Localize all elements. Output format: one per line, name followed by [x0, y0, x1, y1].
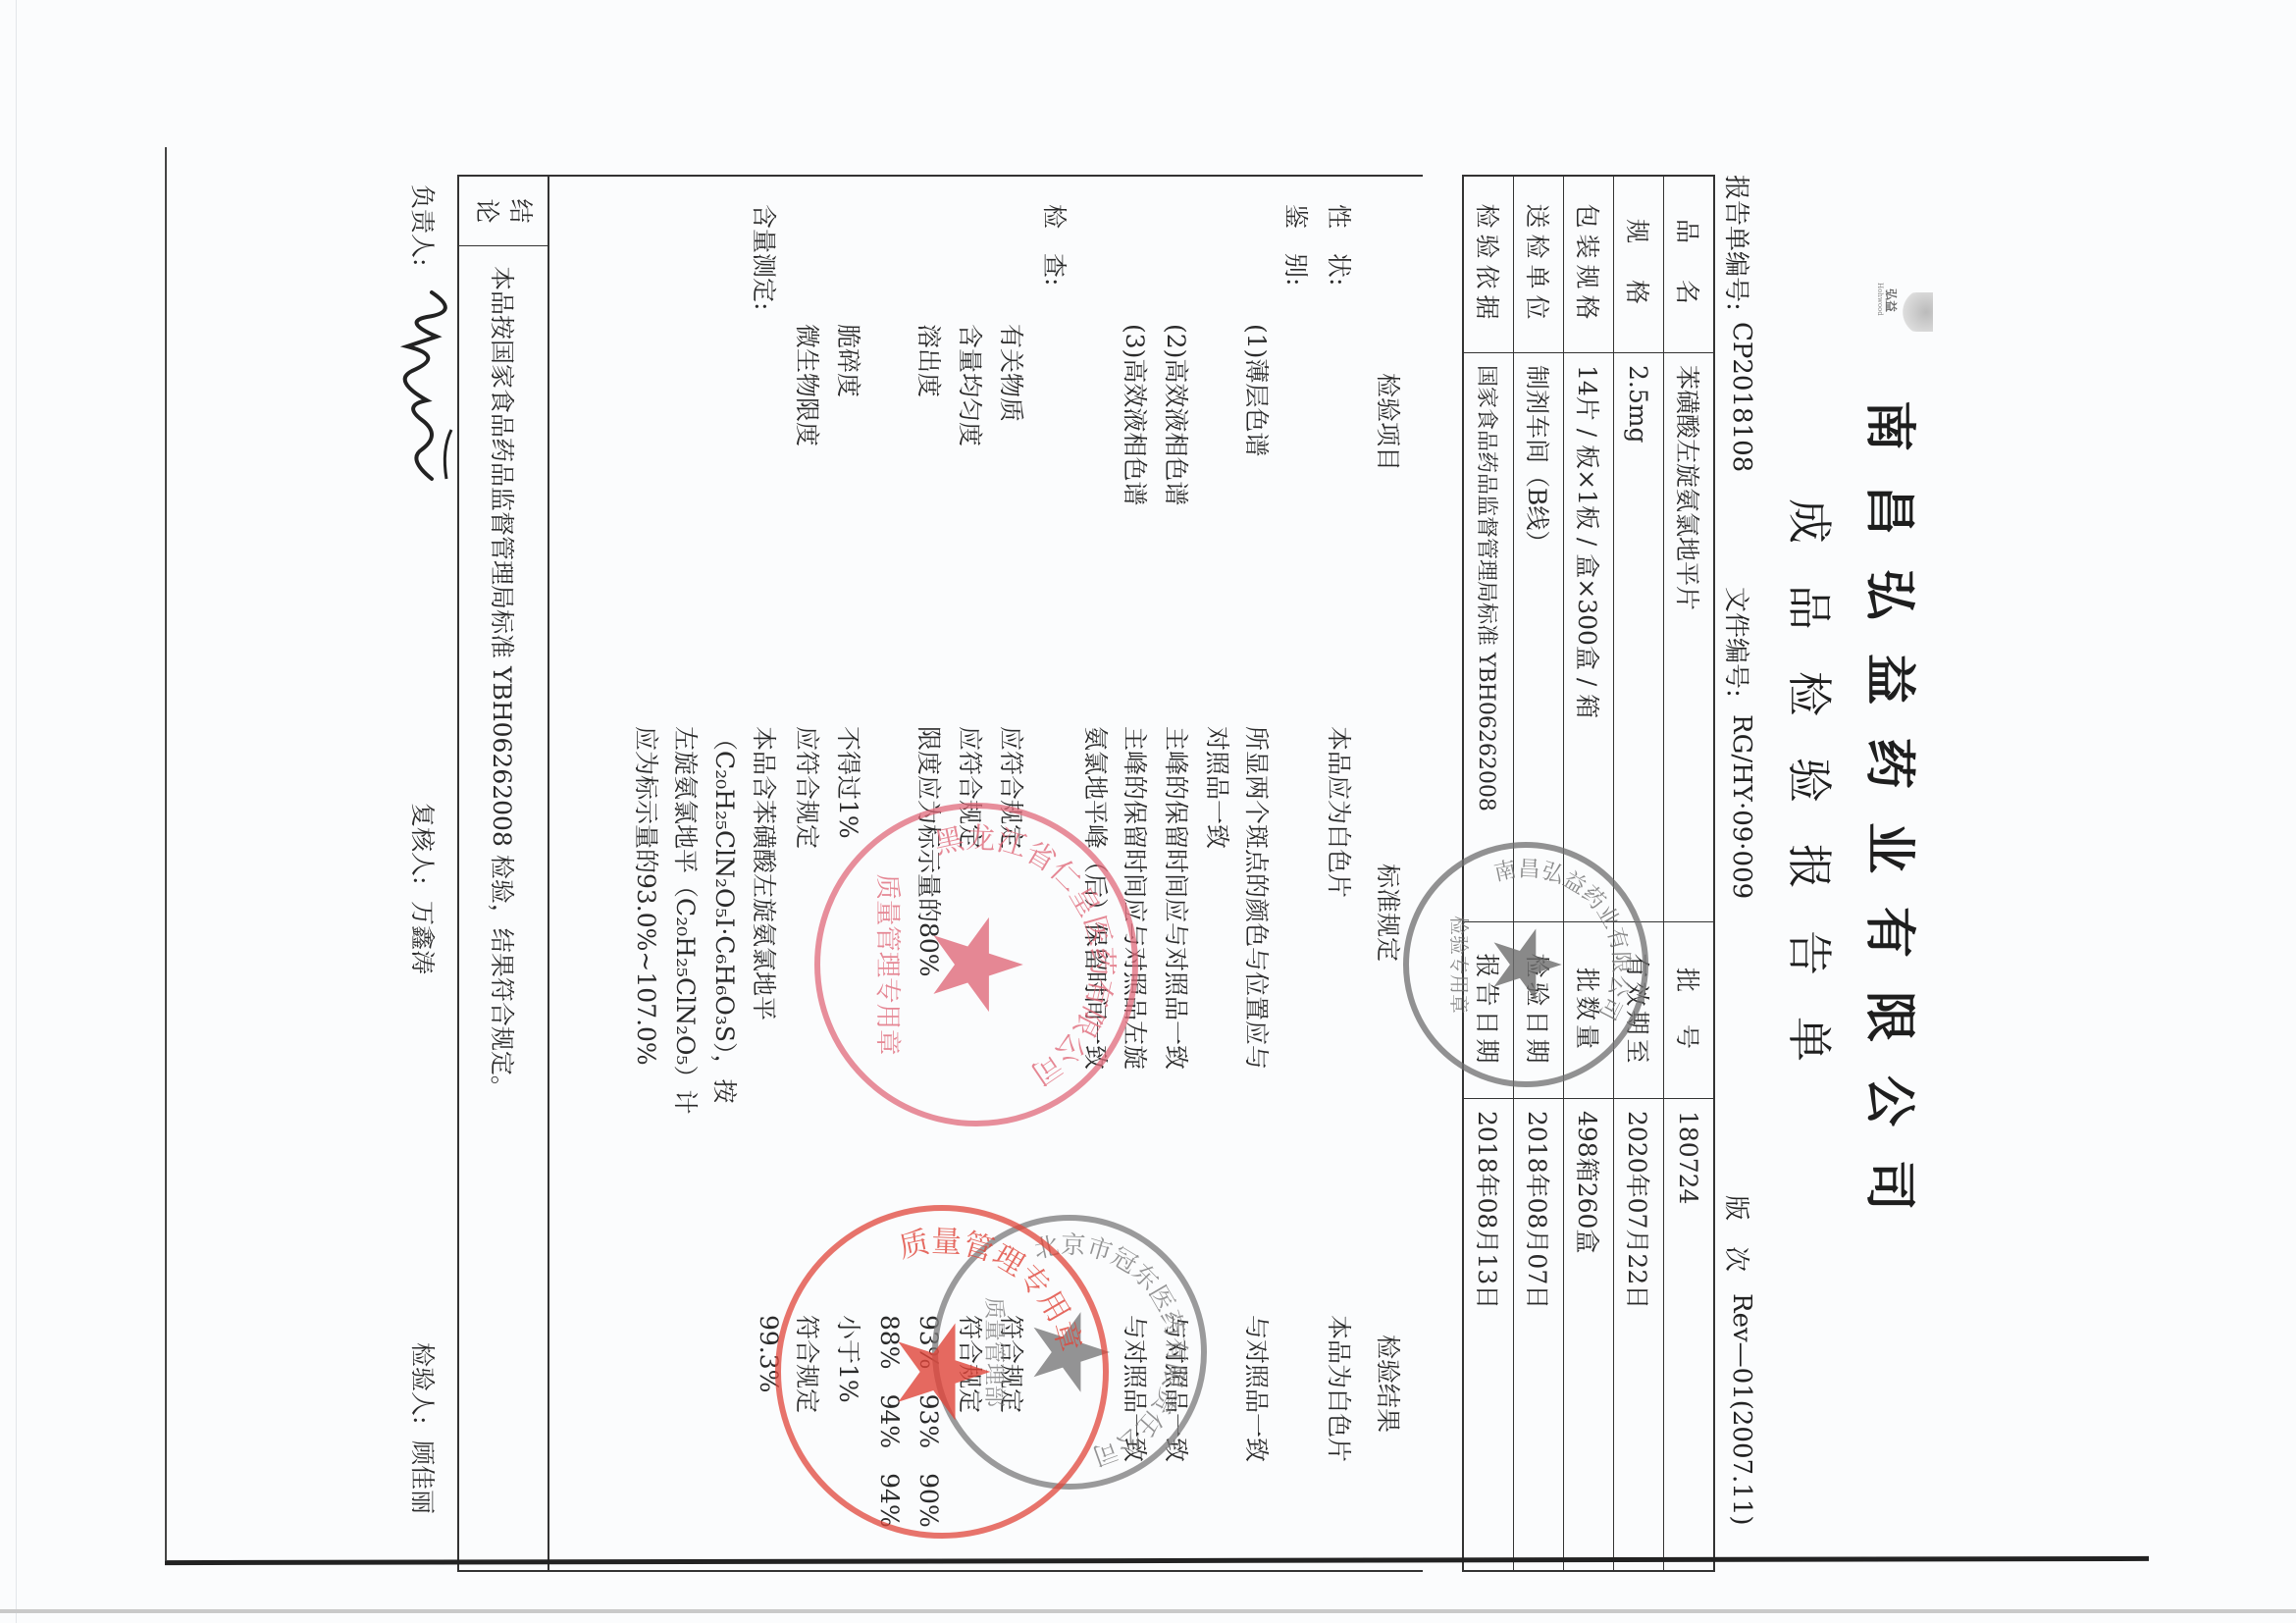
logo-mark-icon: [1900, 292, 1933, 332]
info-label: 包装规格: [1564, 177, 1613, 353]
info-label: 品 名: [1664, 177, 1713, 353]
svg-text:黑龙江省仁皇医药有限公司: 黑龙江省仁皇医药有限公司: [931, 821, 1119, 1091]
scan-edge: [0, 1609, 2296, 1613]
standard-text: （C₂₀H₂₅ClN₂O₅I·C₆H₆O₃S），按: [708, 726, 744, 1104]
section-label: 含量测定:: [748, 204, 783, 310]
info-value: 14片 / 板×1板 / 盒×300盒 / 箱: [1564, 353, 1613, 922]
info-label: 批 号: [1664, 922, 1713, 1099]
info-label: 规 格: [1614, 177, 1663, 353]
test-item: 脆碎度: [832, 324, 867, 397]
standard-text: 本品含苯磺酸左旋氨氯地平: [748, 726, 783, 1021]
column-header-item: 检验项目: [1372, 373, 1407, 471]
standard-text: 应为标示量的93.0%~107.0%: [630, 726, 665, 1066]
file-no: RG/HY·09·009: [1727, 714, 1756, 899]
file-no-label: 文件编号:: [1720, 587, 1756, 698]
scan-edge: [16, 0, 17, 1623]
standard-text: 主峰的保留时间应与对照品一致: [1160, 726, 1195, 1070]
scan-frame-line: [165, 147, 167, 1560]
report-title: 成品检验报告单: [1780, 498, 1845, 1103]
test-item: 有关物质: [995, 324, 1030, 422]
stamp-text: 质量管理专用章: [775, 1205, 1109, 1539]
info-value: 498箱260盒: [1564, 1099, 1613, 1570]
info-value: 制剂车间（B线）: [1514, 353, 1563, 922]
svg-text:质量管理专用章: 质量管理专用章: [872, 874, 903, 1056]
info-value: 2020年07月22日: [1614, 1099, 1663, 1570]
standard-text: 对照品一致: [1201, 726, 1236, 849]
company-name: 南昌弘益药业有限公司: [1857, 400, 1931, 1244]
distributor-quality-stamp: ★黑龙江省仁皇医药有限公司质量管理专用章: [814, 803, 1138, 1126]
logo-brand: 弘益: [1883, 288, 1900, 312]
version-label: 版 次: [1720, 1195, 1756, 1272]
conclusion-label: 结 论: [459, 177, 548, 246]
column-header-standard: 标准规定: [1372, 864, 1407, 962]
standard-text: 左旋氨氯地平（C₂₀H₂₅ClN₂O₅）计: [669, 726, 704, 1115]
svg-text:检验专用章: 检验专用章: [1447, 916, 1471, 1014]
test-item: (1)薄层色谱: [1240, 324, 1276, 456]
info-value: 2018年08月07日: [1514, 1099, 1563, 1570]
test-item: 微生物限度: [791, 324, 826, 446]
svg-text:质量管理专用章: 质量管理专用章: [896, 1225, 1086, 1356]
report-no-label: 报告单编号:: [1720, 175, 1756, 311]
section-label: 鉴 别:: [1279, 204, 1315, 286]
info-label: 送检单位: [1514, 177, 1563, 353]
svg-text:南昌弘益药业有限公司: 南昌弘益药业有限公司: [1491, 857, 1633, 1024]
info-label: 检验依据: [1464, 177, 1513, 353]
logo-subtitle: Hohwood: [1876, 283, 1884, 316]
handwritten-signature: [392, 283, 471, 498]
standard-text: 本品应为白色片: [1323, 726, 1358, 898]
conclusion-text: 本品按国家食品药品监督管理局标准 YBH06262008 检验，结果符合规定。: [459, 246, 548, 1570]
version: Rev—01(2007.11): [1727, 1293, 1756, 1526]
stamp-text: 南昌弘益药业有限公司检验专用章: [1403, 842, 1648, 1087]
test-item: 溶出度: [913, 324, 948, 397]
info-value: 2018年08月13日: [1464, 1099, 1513, 1570]
reviewer-name: 万鑫涛: [406, 901, 442, 974]
inspection-report-document: 弘益 Hohwood 南昌弘益药业有限公司 成品检验报告单 报告单编号: CP2…: [196, 175, 1972, 1588]
info-value: 2.5mg: [1614, 353, 1663, 922]
reviewer-label: 复核人:: [406, 803, 442, 884]
test-item: (2)高效液相色谱: [1160, 324, 1195, 505]
column-header-result: 检验结果: [1372, 1335, 1407, 1433]
result-text: 与对照品一致: [1240, 1315, 1276, 1462]
section-label: 性 状:: [1323, 204, 1358, 286]
section-label: 检 查:: [1038, 204, 1073, 286]
inspector-label: 检验人:: [406, 1342, 442, 1424]
quality-management-stamp: ★质量管理专用章: [775, 1205, 1109, 1539]
standard-text: 所显两个斑点的颜色与位置应与: [1240, 726, 1276, 1070]
stamp-text: 黑龙江省仁皇医药有限公司质量管理专用章: [814, 803, 1138, 1126]
info-value: 苯磺酸左旋氨氯地平片: [1664, 353, 1713, 922]
responsible-label: 负责人:: [406, 184, 442, 266]
test-item: 含量均匀度: [954, 324, 989, 446]
inspector-name: 顾佳丽: [406, 1440, 442, 1514]
conclusion-box: 结 论 本品按国家食品药品监督管理局标准 YBH06262008 检验，结果符合…: [457, 175, 549, 1572]
info-value: 180724: [1664, 1099, 1713, 1570]
company-inspection-stamp: ★南昌弘益药业有限公司检验专用章: [1403, 842, 1648, 1087]
test-item: (3)高效液相色谱: [1119, 324, 1154, 505]
result-text: 本品为白色片: [1323, 1315, 1358, 1462]
company-logo: 弘益 Hohwood: [1874, 283, 1933, 351]
info-row: 品 名苯磺酸左旋氨氯地平片批 号180724: [1663, 177, 1713, 1570]
report-no: CP2018108: [1727, 322, 1756, 472]
info-value: 国家食品药品监督管理局标准 YBH06262008: [1464, 353, 1513, 922]
